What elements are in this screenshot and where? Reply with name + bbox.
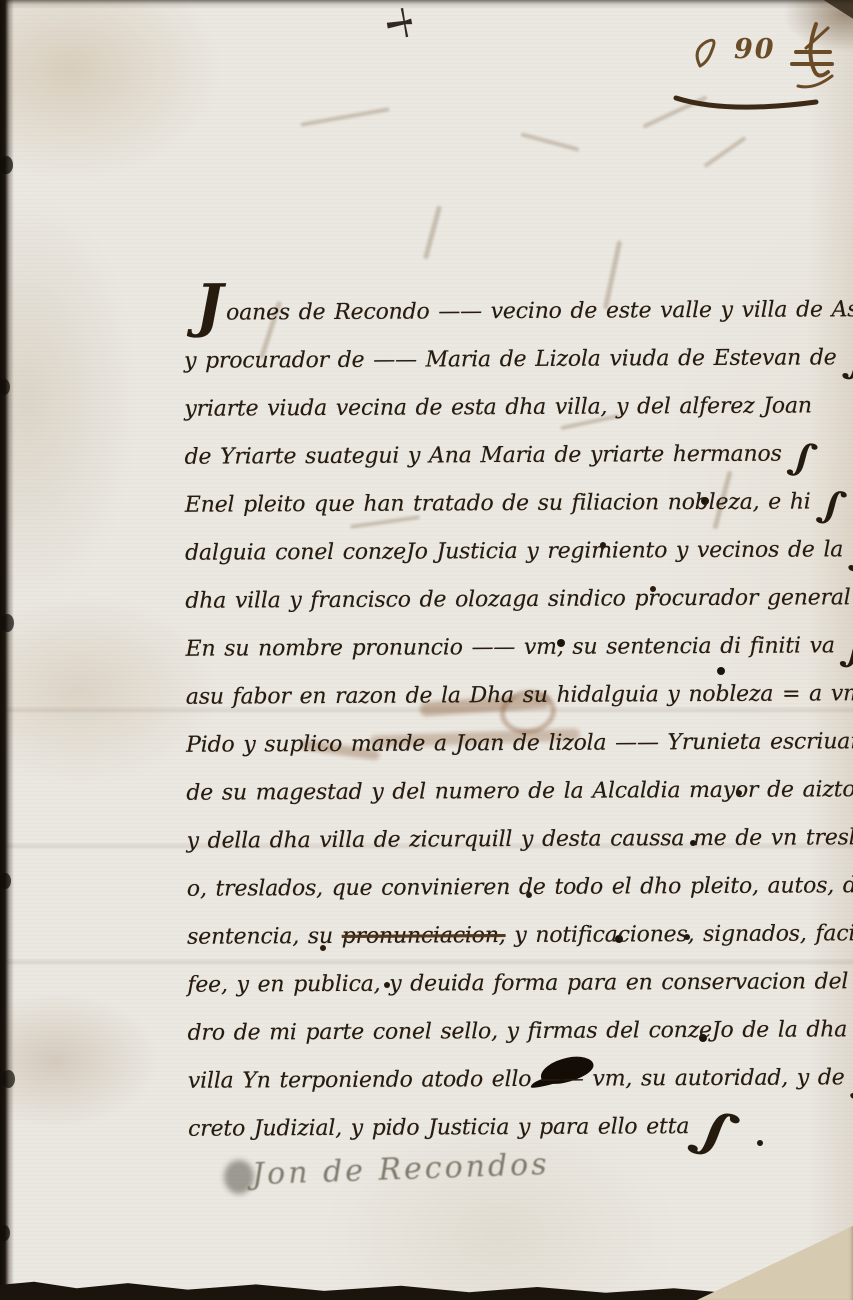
text-line: dha villa y francisco de olozaga sindico… (185, 574, 845, 625)
text-line: yriarte viuda vecina de esta dha villa, … (184, 382, 844, 433)
text-line: villa Yn terponiendo atodo ello —— vm, s… (188, 1054, 848, 1105)
line-end-flourish: ∫ (813, 479, 849, 532)
text-line: asu fabor en razon de la Dha su hidalgui… (186, 670, 846, 721)
line-text: fee, y en publica, y deuida forma para e… (187, 969, 848, 997)
line-text: y della dha villa de zicurquill y desta … (187, 825, 853, 854)
folio-block: 90 (686, 18, 846, 108)
text-line: de su magestad y del numero de la Alcald… (186, 766, 846, 817)
folio-underline-flourish-icon (672, 90, 822, 112)
line-text: dalguia conel conzeJo Justicia y regimie… (185, 537, 843, 565)
signature: Jon de Recondos (251, 1147, 550, 1192)
line-text: de su magestad y del numero de la Alcald… (186, 777, 853, 806)
line-text: Pido y suplico mande a Joan de lizola ——… (186, 729, 853, 758)
bleed-through-mark (703, 136, 746, 168)
bleed-through-mark (300, 107, 389, 127)
line-text: dro de mi parte conel sello, y firmas de… (188, 1017, 848, 1045)
bleed-through-mark (423, 205, 442, 259)
line-text: asu fabor en razon de la Dha su hidalgui… (186, 681, 853, 710)
manuscript-text-block: Joanes de Recondo —— vecino de este vall… (184, 286, 849, 1153)
signature-smudge (224, 1160, 254, 1194)
line-text: Enel pleito que han tratado de su filiac… (185, 489, 811, 517)
line-text: yriarte viuda vecina de esta dha villa, … (184, 393, 812, 421)
text-line: Pido y suplico mande a Joan de lizola ——… (186, 718, 846, 769)
folio-left-flourish-icon (686, 26, 726, 86)
line-text: de Yriarte suategui y Ana Maria de yriar… (185, 442, 782, 470)
line-text: y procurador de —— Maria de Lizola viuda… (184, 345, 837, 373)
page-top-edge (0, 0, 853, 10)
line-end-flourish: ∫ (837, 623, 853, 676)
binding-edge (0, 0, 14, 1300)
text-line: dalguia conel conzeJo Justicia y regimie… (185, 526, 845, 577)
line-text-pre: sentencia, su (187, 924, 342, 950)
text-line: o, treslados, que convinieren de todo el… (187, 862, 847, 913)
strikethrough-word: pronunciacion, (342, 923, 506, 949)
text-line: dro de mi parte conel sello, y firmas de… (188, 1006, 848, 1057)
text-line: En su nombre pronuncio —— vm, su sentenc… (186, 622, 846, 673)
line-text: En su nombre pronuncio —— vm, su sentenc… (186, 633, 835, 661)
text-line: sentencia, su pronunciacion, y notificac… (187, 910, 847, 961)
text-line: de Yriarte suategui y Ana Maria de yriar… (184, 430, 844, 481)
manuscript-page: † 90 Joanes de Recondo —— vecino de este… (0, 0, 853, 1300)
text-line: y della dha villa de zicurquill y desta … (187, 814, 847, 865)
bleed-through-mark (521, 132, 580, 151)
line-end-flourish: ∫ (784, 431, 820, 484)
line-text: creto Judizial, y pido Justicia y para e… (188, 1114, 689, 1142)
text-line: fee, y en publica, y deuida forma para e… (187, 958, 847, 1009)
text-line: creto Judizial, y pido Justicia y para e… (188, 1102, 848, 1153)
line-text: dha villa y francisco de olozaga sindico… (185, 585, 850, 613)
text-line: y procurador de —— Maria de Lizola viuda… (184, 334, 844, 385)
text-line: Enel pleito que han tratado de su filiac… (185, 478, 845, 529)
line-text: villa Yn terponiendo atodo ello —— vm, s… (188, 1065, 845, 1093)
line-text-post: y notificaciones, signados, facientes (505, 921, 853, 948)
text-line: Joanes de Recondo —— vecino de este vall… (196, 286, 844, 337)
line-text: oanes de Recondo —— vecino de este valle… (226, 297, 853, 326)
folio-number: 90 (734, 34, 776, 65)
line-text: o, treslados, que convinieren de todo el… (187, 873, 853, 902)
line-end-flourish: ∫ (686, 1102, 743, 1161)
